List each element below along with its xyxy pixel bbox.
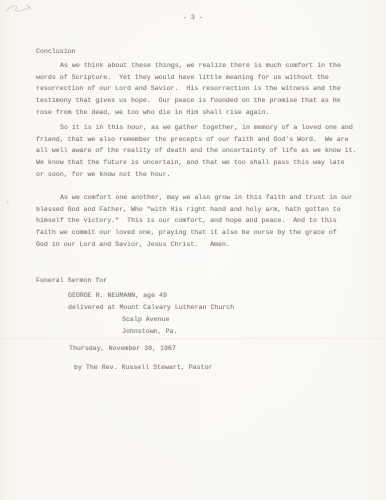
paragraph-3: As we comfort one another, may we also g…: [36, 192, 372, 251]
funeral-sermon-label: Funeral Sermon for: [36, 275, 107, 287]
paragraph-1: As we think about these things, we reali…: [36, 60, 372, 119]
deceased-name-line: GEORGE R. NEUMANN, age 49: [68, 290, 167, 302]
document-page: - 3 - Conclusion As we think about these…: [0, 0, 386, 500]
section-heading: Conclusion: [36, 46, 76, 58]
stray-mark: ›: [6, 199, 10, 206]
officiant-line: by The Rev. Russell Stewart, Pastor: [74, 362, 213, 374]
church-street: Scalp Avenue: [122, 314, 169, 326]
page-number: - 3 -: [0, 12, 386, 24]
paragraph-2: So it is in this hour, as we gather toge…: [36, 122, 372, 181]
delivered-at-line: delivered at Mount Calvary Lutheran Chur…: [68, 302, 234, 314]
church-city: Johnstown, Pa.: [122, 326, 177, 338]
paper-crease: [0, 338, 386, 340]
sermon-date-line: Thursday, November 30, 1967: [69, 343, 176, 355]
